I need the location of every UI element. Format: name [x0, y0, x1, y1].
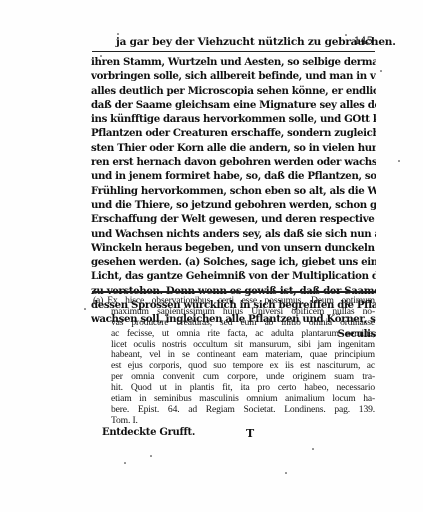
scan-speck: [285, 472, 287, 474]
text-line: vorbringen solle, sich allbereit befinde…: [91, 69, 376, 83]
text-line: ihren Stamm, Wurtzeln und Aesten, so sel…: [91, 55, 376, 69]
footnote-closing: Tom. I.: [93, 416, 375, 427]
scan-speck: [100, 55, 102, 57]
footnote-line: ac fecisse, ut omnia rite facta, ac adul…: [93, 329, 375, 340]
footnote-line: (a)Ex hisce observationibus certi esse p…: [93, 296, 375, 307]
footnote-line: maximum sapientissimum hujus Universi op…: [93, 307, 375, 318]
scan-speck: [380, 70, 382, 72]
text-line: Frühling hervorkommen, schon eben so alt…: [91, 184, 376, 198]
header-rule: [92, 51, 375, 52]
scan-speck: [117, 33, 119, 35]
scan-speck: [150, 455, 152, 457]
book-page: ja gar bey der Viehzucht nützlich zu geb…: [0, 0, 423, 512]
scan-speck: [124, 462, 126, 464]
text-line: und die Thiere, so jetzund gebohren werd…: [91, 198, 376, 212]
text-line: Licht, das gantze Geheimniß von der Mult…: [91, 269, 376, 283]
footnote-text: Ex hisce observationibus certi esse poss…: [107, 296, 375, 306]
page-number: 145: [354, 36, 373, 47]
scan-speck: [398, 160, 400, 162]
text-line: Erschaffung der Welt gewesen, und deren …: [91, 212, 376, 226]
footnote-line: bere. Epist. 64. ad Regiam Societat. Lon…: [93, 405, 375, 416]
text-line: ins künfftige daraus hervorkommen solle,…: [91, 112, 376, 126]
page-footer: Entdeckte Grufft. T: [102, 427, 372, 441]
scan-speck: [84, 308, 86, 310]
footnote-rule: [92, 291, 375, 293]
signature-mark: T: [246, 427, 254, 440]
footnote-block: (a)Ex hisce observationibus certi esse p…: [93, 296, 375, 427]
footnote-line: per omnia convenit cum corpore, unde ori…: [93, 372, 375, 383]
scan-speck: [345, 34, 347, 36]
scan-speck: [312, 448, 314, 450]
footnote-line: licet oculis nostris occultum sit mansur…: [93, 340, 375, 351]
footnote-line: hit. Quod ut in plantis fit, ita pro cer…: [93, 383, 375, 394]
text-line: alles deutlich per Microscopia sehen kön…: [91, 84, 376, 98]
text-line: daß der Saame gleichsam eine Mignature s…: [91, 98, 376, 112]
text-line: Pflantzen oder Creaturen erschaffe, sond…: [91, 126, 376, 140]
footnote-marker: (a): [93, 296, 103, 306]
footnote-line: etiam in seminibus masculinis omnium ani…: [93, 394, 375, 405]
text-line: Winckeln heraus begeben, und von unsern …: [91, 241, 376, 255]
text-line: ren erst hernach davon gebohren werden o…: [91, 155, 376, 169]
text-line: gesehen werden. (a) Solches, sage ich, g…: [91, 255, 376, 269]
footnote-line: vas producere creaturas, sed eum ab init…: [93, 318, 375, 329]
catchword: Entdeckte Grufft.: [102, 427, 195, 438]
text-line: und in jenem formiret habe, so, daß die …: [91, 169, 376, 183]
footnote-line: est ejus corporis, quod suo tempore ex i…: [93, 361, 375, 372]
running-header: ja gar bey der Viehzucht nützlich zu geb…: [92, 36, 375, 50]
footnote-line: habeant, vel in se contineant eam materi…: [93, 350, 375, 361]
text-line: sten Thier oder Korn alle die andern, so…: [91, 141, 376, 155]
text-line: und Wachsen nichts anders sey, als daß s…: [91, 227, 376, 241]
